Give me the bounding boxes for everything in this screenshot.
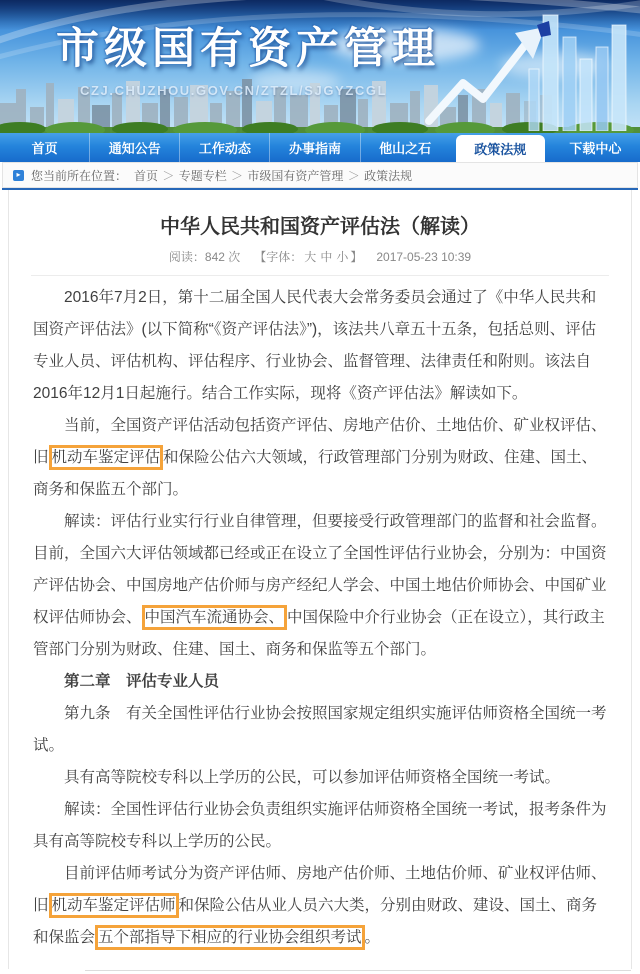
read-count: 842 bbox=[205, 250, 225, 264]
nav-item-news[interactable]: 工作动态 bbox=[179, 133, 269, 162]
main-navigation: 首页通知公告工作动态办事指南他山之石政策法规下载中心 bbox=[0, 133, 640, 162]
breadcrumb-separator: ＞ bbox=[344, 169, 363, 183]
nav-item-download[interactable]: 下载中心 bbox=[551, 133, 640, 162]
article-paragraph: 目前评估师考试分为资产评估师、房地产估价师、土地估价师、矿业权评估师、旧机动车鉴… bbox=[33, 858, 607, 954]
highlight-annotation: 机动车鉴定评估 bbox=[49, 445, 164, 470]
breadcrumb-prefix: 您当前所在位置： bbox=[31, 167, 127, 184]
article-paragraph: 解读：评估行业实行行业自律管理，但要接受行政管理部门的监督和社会监督。目前，全国… bbox=[33, 506, 607, 666]
article-container: 中华人民共和国资产评估法（解读） 阅读：842 次【字体：大中小】2017-05… bbox=[8, 190, 632, 969]
nav-item-label: 办事指南 bbox=[289, 138, 341, 157]
text-segment: 第九条 有关全国性评估行业协会按照国家规定组织实施评估师资格全国统一考试。 bbox=[33, 705, 607, 754]
nav-item-notice[interactable]: 通知公告 bbox=[89, 133, 179, 162]
read-unit: 次 bbox=[228, 250, 240, 264]
highlight-annotation: 中国汽车流通协会、 bbox=[142, 605, 288, 630]
article-paragraph: 第九条 有关全国性评估行业协会按照国家规定组织实施评估师资格全国统一考试。 bbox=[33, 698, 607, 762]
nav-item-label: 首页 bbox=[32, 138, 58, 157]
chapter-heading: 第二章 评估专业人员 bbox=[33, 666, 607, 698]
text-segment: 具有高等院校专科以上学历的公民，可以参加评估师资格全国统一考试。 bbox=[64, 769, 560, 786]
breadcrumb-item-topics[interactable]: 专题专栏 bbox=[179, 169, 227, 183]
site-banner: 市级国有资产管理 CZJ.CHUZHOU.GOV.CN/ZTZL/SJGYZCG… bbox=[0, 0, 640, 133]
breadcrumb-item-home[interactable]: 首页 bbox=[134, 169, 158, 183]
text-segment: 解读：全国性评估行业协会负责组织实施评估师资格全国统一考试，报考条件为具有高等院… bbox=[33, 801, 607, 850]
breadcrumb-item-sjgyzcgl[interactable]: 市级国有资产管理 bbox=[247, 169, 343, 183]
breadcrumb-separator: ＞ bbox=[228, 169, 247, 183]
text-segment: 2016年7月2日，第十二届全国人民代表大会常务委员会通过了《中华人民共和国资产… bbox=[33, 289, 596, 402]
highlight-annotation: 五个部指导下相应的行业协会组织考试 bbox=[95, 925, 365, 950]
breadcrumb-separator: ＞ bbox=[159, 169, 178, 183]
text-segment: 。 bbox=[365, 929, 381, 946]
growth-arrow-chart-graphic bbox=[425, 3, 640, 131]
article-title: 中华人民共和国资产评估法（解读） bbox=[9, 210, 631, 239]
font-size-option-1[interactable]: 中 bbox=[320, 250, 332, 264]
breadcrumb-trail: 首页 ＞ 专题专栏 ＞ 市级国有资产管理 ＞ 政策法规 bbox=[134, 167, 412, 184]
nav-item-label: 通知公告 bbox=[109, 138, 161, 157]
font-size-suffix: 】 bbox=[350, 250, 362, 264]
nav-item-label: 下载中心 bbox=[569, 138, 621, 157]
article-paragraph: 具有高等院校专科以上学历的公民，可以参加评估师资格全国统一考试。 bbox=[33, 762, 607, 794]
publish-datetime: 2017-05-23 10:39 bbox=[376, 250, 471, 264]
font-size-prefix: 【字体： bbox=[254, 250, 302, 264]
article-paragraph: 解读：全国性评估行业协会负责组织实施评估师资格全国统一考试，报考条件为具有高等院… bbox=[33, 794, 607, 858]
font-size-links: 大中小 bbox=[302, 250, 350, 264]
footer-divider bbox=[85, 970, 631, 971]
article-paragraph: 2016年7月2日，第十二届全国人民代表大会常务委员会通过了《中华人民共和国资产… bbox=[33, 282, 607, 410]
breadcrumb: ▸ 您当前所在位置： 首页 ＞ 专题专栏 ＞ 市级国有资产管理 ＞ 政策法规 bbox=[2, 162, 638, 188]
article-body: 2016年7月2日，第十二届全国人民代表大会常务委员会通过了《中华人民共和国资产… bbox=[9, 276, 631, 954]
nav-item-label: 工作动态 bbox=[199, 138, 251, 157]
breadcrumb-bullet-icon: ▸ bbox=[13, 170, 24, 181]
nav-item-policy[interactable]: 政策法规 bbox=[456, 135, 545, 162]
highlight-annotation: 机动车鉴定评估师 bbox=[49, 893, 179, 918]
nav-item-label: 政策法规 bbox=[474, 139, 526, 158]
article-paragraph: 当前，全国资产评估活动包括资产评估、房地产估价、土地估价、矿业权评估、旧机动车鉴… bbox=[33, 410, 607, 506]
text-segment: 第二章 评估专业人员 bbox=[64, 673, 219, 690]
read-label: 阅读： bbox=[169, 250, 205, 264]
breadcrumb-item-policy[interactable]: 政策法规 bbox=[364, 169, 412, 183]
article-meta: 阅读：842 次【字体：大中小】2017-05-23 10:39 bbox=[9, 248, 631, 265]
nav-item-reference[interactable]: 他山之石 bbox=[360, 133, 450, 162]
site-subtitle: CZJ.CHUZHOU.GOV.CN/ZTZL/SJGYZCGL bbox=[80, 83, 387, 98]
nav-item-guide[interactable]: 办事指南 bbox=[269, 133, 359, 162]
nav-item-home[interactable]: 首页 bbox=[0, 133, 89, 162]
site-title: 市级国有资产管理 bbox=[56, 28, 440, 71]
font-size-option-2[interactable]: 小 bbox=[336, 250, 348, 264]
nav-item-label: 他山之石 bbox=[379, 138, 431, 157]
font-size-option-0[interactable]: 大 bbox=[304, 250, 316, 264]
